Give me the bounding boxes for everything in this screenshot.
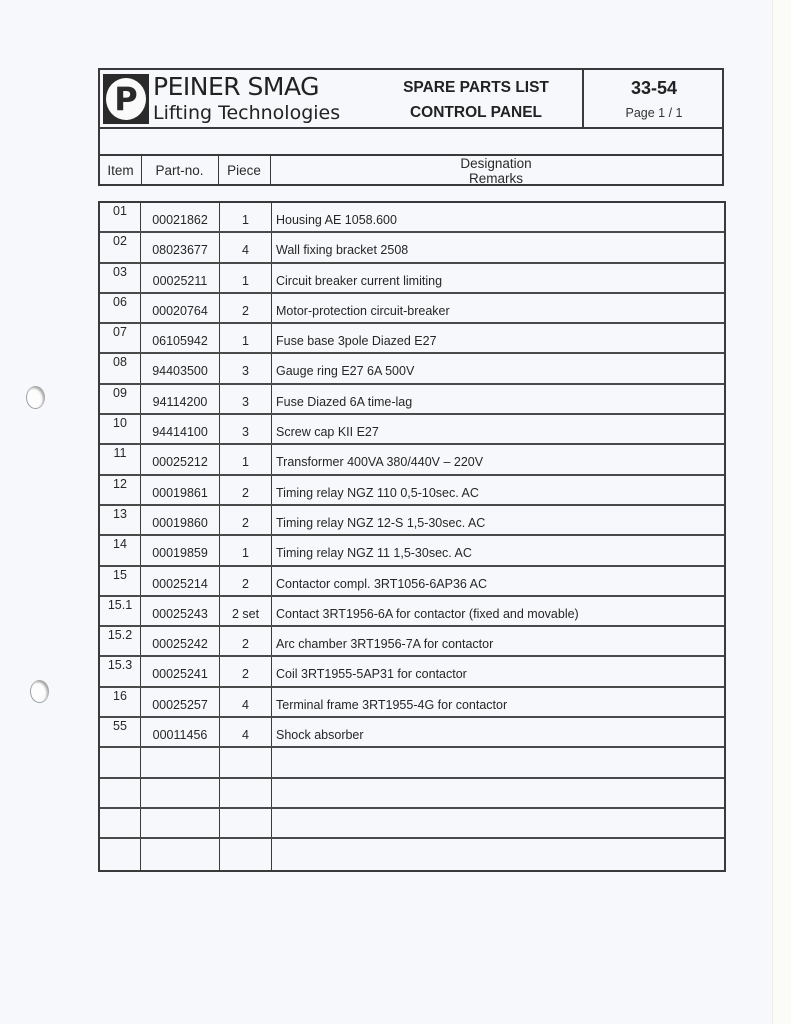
part-no-cell: 94403500 [141, 354, 220, 382]
piece-cell: 2 [220, 506, 272, 534]
designation-cell: Fuse Diazed 6A time-lag [272, 385, 724, 413]
part-no-cell [141, 779, 220, 807]
table-row: 14000198591Timing relay NGZ 11 1,5-30sec… [100, 536, 724, 566]
item-cell: 06 [100, 294, 141, 322]
table-row: 15.3000252412Coil 3RT1955-5AP31 for cont… [100, 657, 724, 687]
designation-cell [272, 779, 724, 807]
part-no-cell: 94414100 [141, 415, 220, 443]
table-row: 03000252111Circuit breaker current limit… [100, 264, 724, 294]
document-id-cell: 33-54 Page 1 / 1 [582, 70, 724, 128]
part-no-cell: 08023677 [141, 233, 220, 261]
table-row: 11000252121Transformer 400VA 380/440V – … [100, 445, 724, 475]
title-line-1: SPARE PARTS LIST [370, 79, 582, 97]
designation-label: Designation [270, 156, 722, 171]
column-header-item: Item [100, 156, 142, 186]
item-cell: 12 [100, 476, 141, 504]
company-logo: P PEINER SMAG Lifting Technologies [100, 70, 370, 128]
piece-cell: 2 [220, 476, 272, 504]
piece-cell: 3 [220, 385, 272, 413]
table-row: 02080236774Wall fixing bracket 2508 [100, 233, 724, 263]
piece-cell [220, 809, 272, 837]
table-row: 10944141003Screw cap KII E27 [100, 415, 724, 445]
brand-subtitle: Lifting Technologies [153, 102, 340, 124]
table-row: 07061059421Fuse base 3pole Diazed E27 [100, 324, 724, 354]
designation-cell [272, 809, 724, 837]
table-row: 08944035003Gauge ring E27 6A 500V [100, 354, 724, 384]
piece-cell [220, 839, 272, 869]
table-row: 06000207642Motor-protection circuit-brea… [100, 294, 724, 324]
designation-cell: Fuse base 3pole Diazed E27 [272, 324, 724, 352]
empty-table-row [100, 748, 724, 778]
parts-table: 01000218621Housing AE 1058.6000208023677… [98, 201, 726, 872]
part-no-cell [141, 839, 220, 869]
table-row: 12000198612Timing relay NGZ 110 0,5-10se… [100, 476, 724, 506]
part-no-cell: 00025211 [141, 264, 220, 292]
piece-cell: 1 [220, 324, 272, 352]
item-cell [100, 748, 141, 776]
brand-name: PEINER SMAG [153, 72, 319, 101]
column-header-piece: Piece [218, 156, 271, 186]
punch-hole [26, 386, 45, 409]
table-row: 15.2000252422Arc chamber 3RT1956-7A for … [100, 627, 724, 657]
piece-cell: 2 set [220, 597, 272, 625]
item-cell: 11 [100, 445, 141, 473]
empty-table-row [100, 809, 724, 839]
piece-cell [220, 779, 272, 807]
piece-cell: 4 [220, 233, 272, 261]
document-header: P PEINER SMAG Lifting Technologies SPARE… [98, 68, 724, 186]
empty-table-row [100, 779, 724, 809]
remarks-label: Remarks [270, 171, 722, 186]
designation-cell: Contact 3RT1956-6A for contactor (fixed … [272, 597, 724, 625]
designation-cell: Wall fixing bracket 2508 [272, 233, 724, 261]
part-no-cell: 06105942 [141, 324, 220, 352]
column-header-designation: Designation Remarks [270, 156, 722, 186]
item-cell: 15.3 [100, 657, 141, 685]
table-row: 15.1000252432 setContact 3RT1956-6A for … [100, 597, 724, 627]
designation-cell: Gauge ring E27 6A 500V [272, 354, 724, 382]
part-no-cell: 00025243 [141, 597, 220, 625]
item-cell: 10 [100, 415, 141, 443]
table-row: 15000252142Contactor compl. 3RT1056-6AP3… [100, 567, 724, 597]
designation-cell: Coil 3RT1955-5AP31 for contactor [272, 657, 724, 685]
part-no-cell: 00025241 [141, 657, 220, 685]
item-cell: 15.1 [100, 597, 141, 625]
piece-cell: 1 [220, 264, 272, 292]
part-no-cell [141, 809, 220, 837]
piece-cell: 3 [220, 415, 272, 443]
item-cell: 13 [100, 506, 141, 534]
part-no-cell: 00011456 [141, 718, 220, 746]
piece-cell: 2 [220, 567, 272, 595]
designation-cell: Contactor compl. 3RT1056-6AP36 AC [272, 567, 724, 595]
designation-cell: Terminal frame 3RT1955-4G for contactor [272, 688, 724, 716]
part-no-cell: 00019859 [141, 536, 220, 564]
piece-cell: 2 [220, 657, 272, 685]
item-cell: 15 [100, 567, 141, 595]
part-no-cell [141, 748, 220, 776]
column-header-part-no: Part-no. [141, 156, 219, 186]
empty-table-row [100, 839, 724, 869]
designation-cell: Timing relay NGZ 11 1,5-30sec. AC [272, 536, 724, 564]
item-cell: 16 [100, 688, 141, 716]
item-cell: 02 [100, 233, 141, 261]
piece-cell: 4 [220, 688, 272, 716]
table-row: 01000218621Housing AE 1058.600 [100, 203, 724, 233]
piece-cell: 4 [220, 718, 272, 746]
item-cell [100, 779, 141, 807]
logo-mark: P [103, 74, 149, 124]
item-cell: 15.2 [100, 627, 141, 655]
designation-cell: Screw cap KII E27 [272, 415, 724, 443]
punch-hole [30, 680, 49, 703]
item-cell: 09 [100, 385, 141, 413]
designation-cell: Motor-protection circuit-breaker [272, 294, 724, 322]
part-no-cell: 94114200 [141, 385, 220, 413]
item-cell: 03 [100, 264, 141, 292]
paper-edge [772, 0, 791, 1024]
piece-cell: 1 [220, 445, 272, 473]
piece-cell: 2 [220, 627, 272, 655]
part-no-cell: 00020764 [141, 294, 220, 322]
designation-cell: Shock absorber [272, 718, 724, 746]
piece-cell: 1 [220, 203, 272, 231]
designation-cell: Housing AE 1058.600 [272, 203, 724, 231]
part-no-cell: 00025214 [141, 567, 220, 595]
part-no-cell: 00025242 [141, 627, 220, 655]
item-cell: 01 [100, 203, 141, 231]
piece-cell [220, 748, 272, 776]
table-row: 55000114564Shock absorber [100, 718, 724, 748]
table-row: 16000252574Terminal frame 3RT1955-4G for… [100, 688, 724, 718]
designation-cell: Circuit breaker current limiting [272, 264, 724, 292]
designation-cell [272, 839, 724, 869]
item-cell: 08 [100, 354, 141, 382]
piece-cell: 3 [220, 354, 272, 382]
part-no-cell: 00019861 [141, 476, 220, 504]
item-cell: 14 [100, 536, 141, 564]
designation-cell: Timing relay NGZ 12-S 1,5-30sec. AC [272, 506, 724, 534]
designation-cell: Transformer 400VA 380/440V – 220V [272, 445, 724, 473]
part-no-cell: 00021862 [141, 203, 220, 231]
item-cell: 07 [100, 324, 141, 352]
part-no-cell: 00025212 [141, 445, 220, 473]
column-headers: Item Part-no. Piece Designation Remarks [100, 156, 722, 186]
designation-cell: Arc chamber 3RT1956-7A for contactor [272, 627, 724, 655]
part-no-cell: 00025257 [141, 688, 220, 716]
item-cell [100, 839, 141, 869]
document-number: 33-54 [584, 78, 724, 99]
table-row: 13000198602Timing relay NGZ 12-S 1,5-30s… [100, 506, 724, 536]
piece-cell: 2 [220, 294, 272, 322]
logo-p-icon: P [106, 78, 146, 120]
divider [100, 127, 722, 129]
page-indicator: Page 1 / 1 [584, 106, 724, 120]
item-cell [100, 809, 141, 837]
piece-cell: 1 [220, 536, 272, 564]
part-no-cell: 00019860 [141, 506, 220, 534]
designation-cell: Timing relay NGZ 110 0,5-10sec. AC [272, 476, 724, 504]
table-row: 09941142003Fuse Diazed 6A time-lag [100, 385, 724, 415]
title-line-2: CONTROL PANEL [370, 104, 582, 122]
document-title: SPARE PARTS LIST CONTROL PANEL [370, 70, 582, 128]
designation-cell [272, 748, 724, 776]
item-cell: 55 [100, 718, 141, 746]
